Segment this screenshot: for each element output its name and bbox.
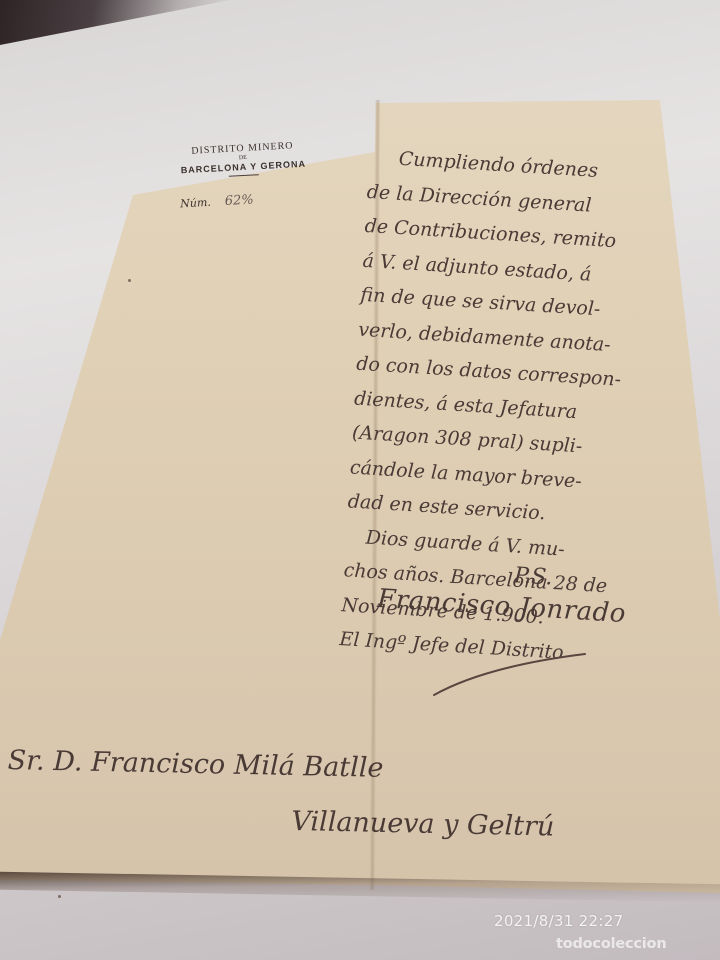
addressee-town: Villanueva y Geltrú (291, 806, 554, 842)
photo-timestamp: 2021/8/31 22:27 (494, 912, 623, 930)
dark-object-top-left (0, 0, 230, 45)
pen-flourish (430, 650, 590, 700)
number-value: 62% (224, 193, 254, 209)
number-label: Núm. (180, 196, 211, 211)
paper-spot (58, 895, 61, 898)
paper-spot (128, 279, 131, 282)
addressee-block: Sr. D. Francisco Milá Batlle Villanueva … (6, 745, 556, 842)
watermark-logo: todocoleccion (556, 936, 666, 952)
